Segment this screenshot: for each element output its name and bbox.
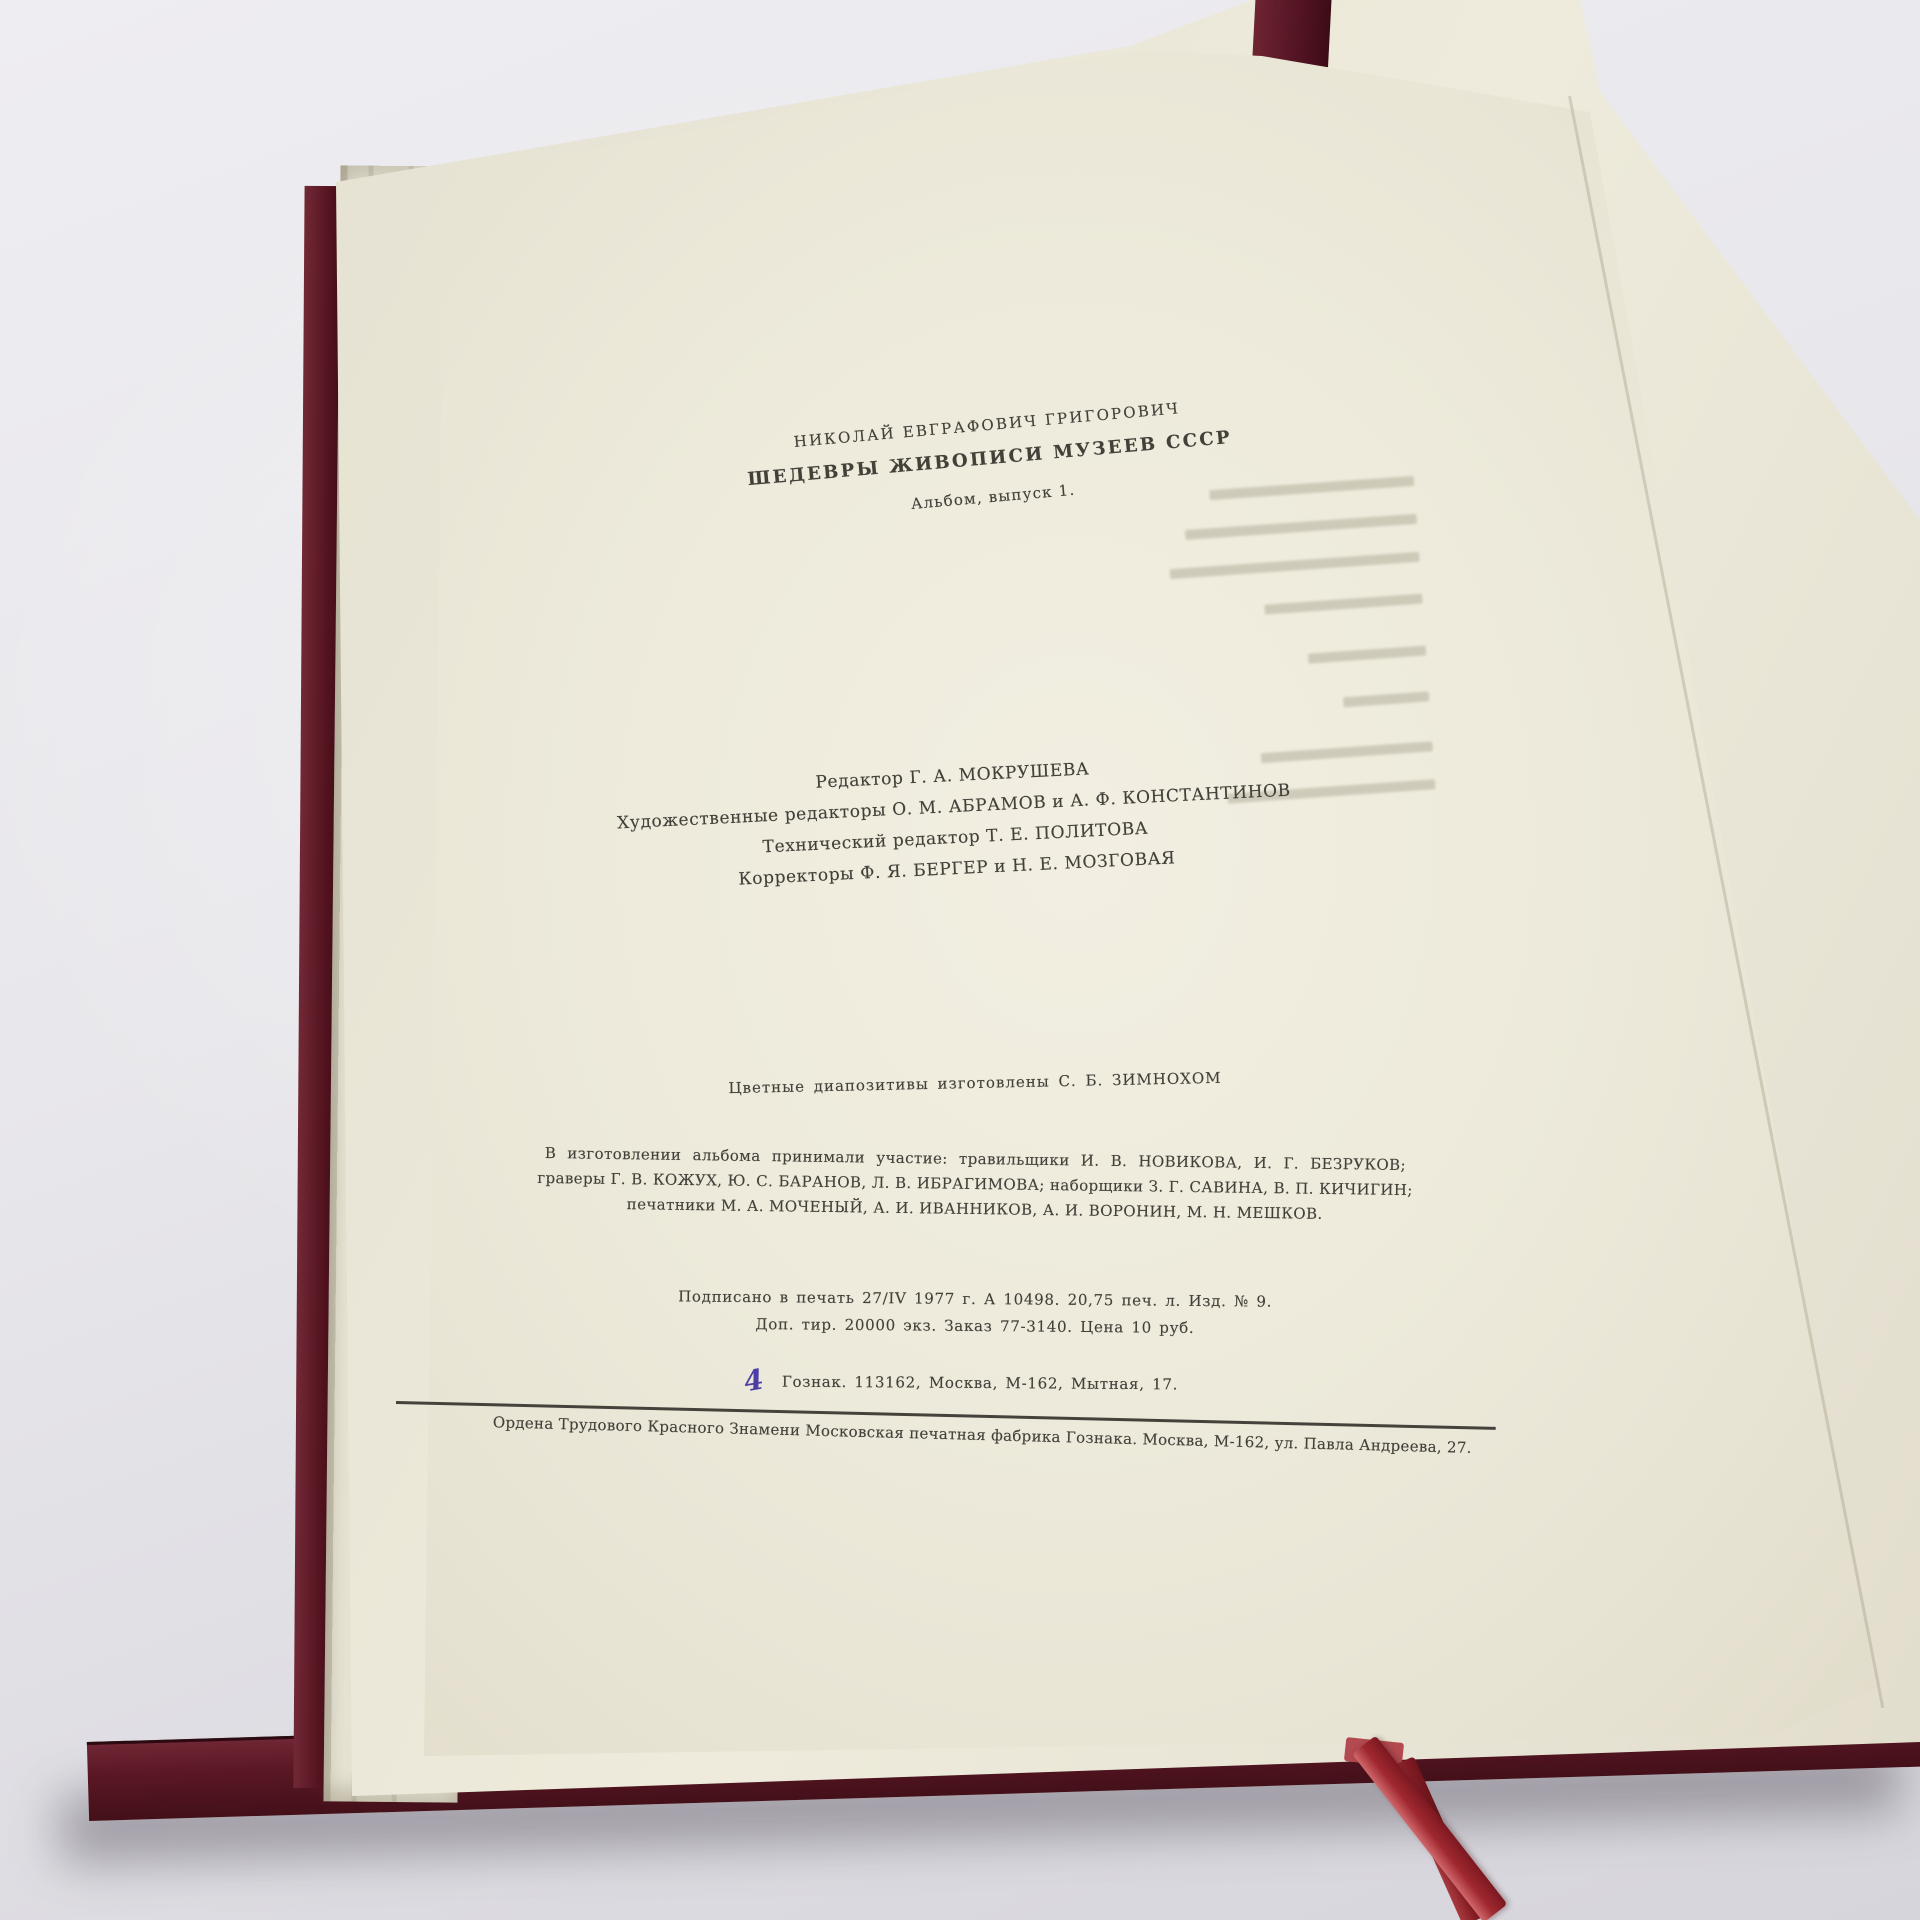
ghost-text-line [1308, 646, 1426, 664]
ghost-text-line [1264, 594, 1422, 615]
publisher-line: Гознак. 113162, Москва, М-162, Мытная, 1… [775, 1373, 1185, 1394]
print-data-line: Доп. тир. 20000 экз. Заказ 77-3140. Цена… [595, 1314, 1355, 1339]
ghost-text-line [1185, 514, 1417, 540]
production-note-block: В изготовлении альбома принимали участие… [525, 1144, 1426, 1232]
photo-canvas: НИКОЛАЙ ЕВГРАФОВИЧ ГРИГОРОВИЧ ШЕДЕВРЫ ЖИ… [0, 0, 1920, 1920]
ghost-text-line [1170, 552, 1420, 579]
production-note-line: печатники М. А. МОЧЕНЫЙ, А. И. ИВАННИКОВ… [525, 1194, 1425, 1225]
ghost-text-line [1343, 691, 1429, 707]
print-data-block: Подписано в печать 27/IV 1977 г. А 10498… [595, 1287, 1355, 1348]
